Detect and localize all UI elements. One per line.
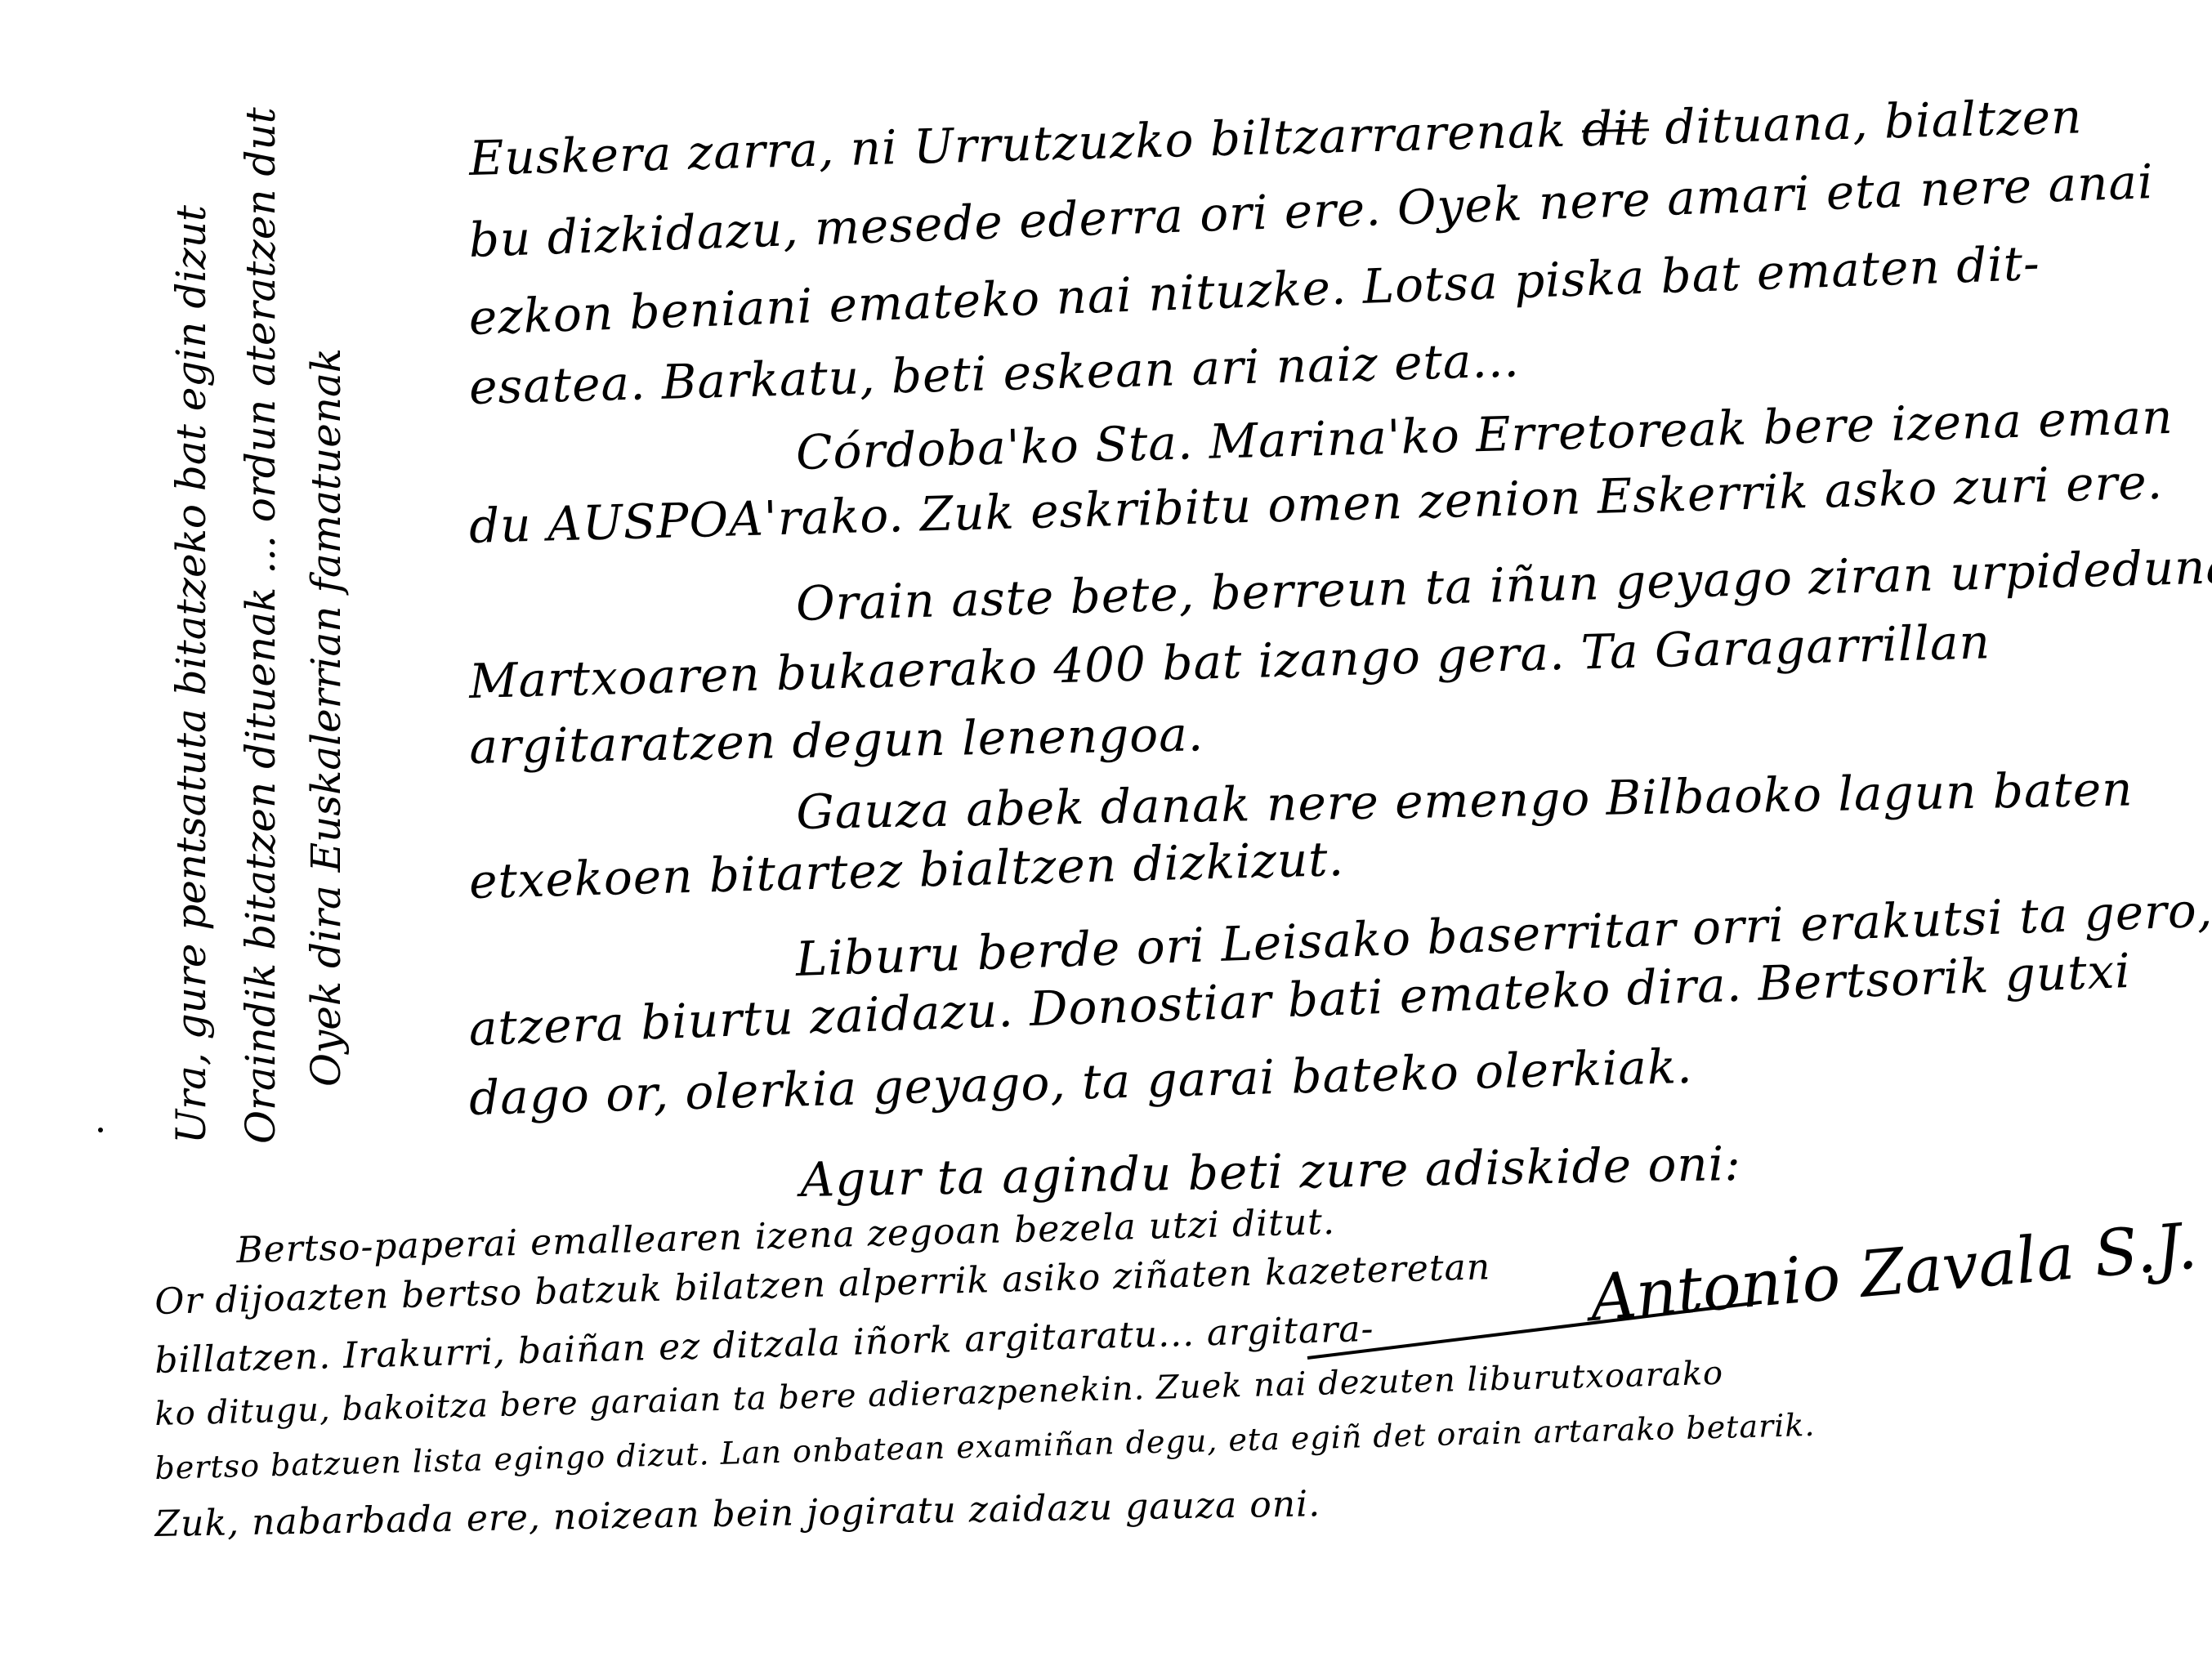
- margin-note-2: Oraindik bitatzen dituenak ... ordun ate…: [237, 107, 284, 1144]
- body-line-10: Gauza abek danak nere emengo Bilbaoko la…: [796, 761, 2134, 840]
- margin-note-1: Ura, gure pentsatuta bitatzeko bat egin …: [168, 205, 215, 1144]
- footer-line-6: Zuk, nabarbada ere, noizean bein jogirat…: [154, 1483, 1320, 1545]
- body-line-8: Martxoaren bukaerako 400 bat izango gera…: [468, 614, 1991, 709]
- body-line-7: Orain aste bete, berreun ta iñun geyago …: [795, 537, 2212, 632]
- body-text: dituana, bialtzen: [1664, 88, 2083, 154]
- struck-word: dit: [1581, 100, 1650, 157]
- body-line-11: etxekoen bitartez bialtzen dizkizut.: [468, 831, 1345, 909]
- body-line-4: esatea. Barkatu, beti eskean ari naiz et…: [468, 332, 1520, 415]
- body-line-6: du AUSPOA'rako. Zuk eskribitu omen zenio…: [468, 454, 2164, 554]
- signature-underline: [1307, 1301, 1762, 1360]
- body-text: Euskera zarra, ni Urrutzuzko biltzarrare…: [468, 102, 1566, 186]
- margin-note-3: Oyek dira Euskalerrian famatuenak: [302, 348, 350, 1087]
- body-line-9: argitaratzen degun lenengoa.: [469, 706, 1204, 775]
- scanned-letter-page: Ura, gure pentsatuta bitatzeko bat egin …: [0, 0, 2212, 1657]
- body-line-14: dago or, olerkia geyago, ta garai bateko…: [468, 1038, 1693, 1126]
- signature: Antonio Zavala S.J.: [1587, 1209, 2200, 1336]
- ink-speck: [98, 1128, 103, 1132]
- body-line-15: Agur ta agindu beti zure adiskide oni:: [800, 1136, 1742, 1208]
